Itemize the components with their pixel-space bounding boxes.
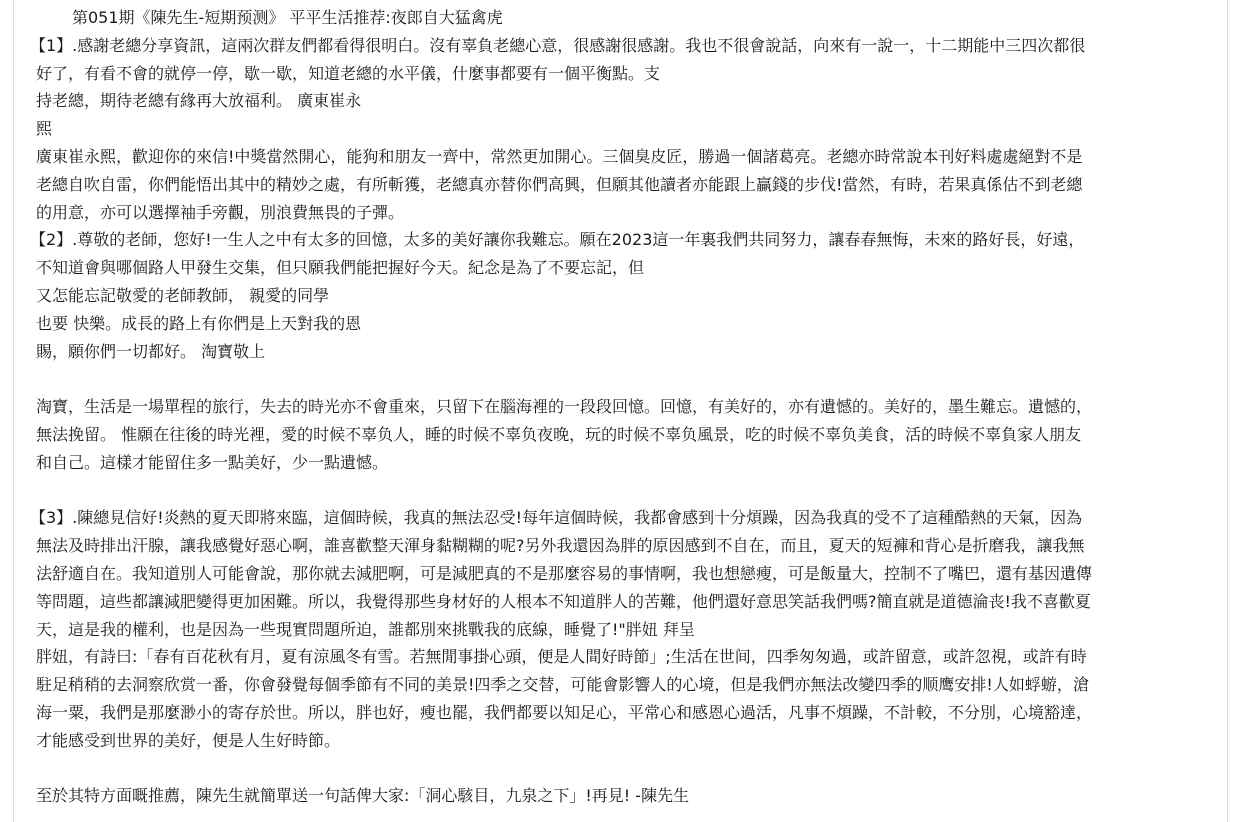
closing-line: 至於其特方面嘅推薦，陳先生就簡單送一句話俾大家:「洞心駭目，九泉之下」!再見! … [36, 782, 1216, 810]
document-title: 第051期《陳先生-短期预测》 平平生活推荐:夜郎自大猛禽虎 [36, 4, 1216, 32]
letter-2: 【2】.尊敬的老師，您好!一生人之中有太多的回憶，太多的美好讓你我難忘。願在20… [36, 226, 1216, 365]
letter-2-line: 又怎能忘記敬愛的老師教師， 親愛的同學 [36, 282, 1216, 310]
document-page: 第051期《陳先生-短期预测》 平平生活推荐:夜郎自大猛禽虎 【1】.感謝老總分… [13, 0, 1228, 822]
letter-1: 【1】.感謝老總分享資訊，這兩次群友們都看得很明白。沒有辜負老總心意，很感謝很感… [36, 32, 1216, 143]
reply-1: 廣東崔永熙，歡迎你的來信!中獎當然開心，能狗和朋友一齊中，常然更加開心。三個臭皮… [36, 143, 1216, 226]
reply-3: 胖妞，有詩曰:「春有百花秋有月，夏有涼風冬有雪。若無閒事掛心頭，便是人間好時節」… [36, 643, 1216, 754]
letter-3-line: 【3】.陳總見信好!炎熱的夏天即將來臨，這個時候，我真的無法忍受!每年這個時候，… [30, 504, 1216, 532]
closing: 至於其特方面嘅推薦，陳先生就簡單送一句話俾大家:「洞心駭目，九泉之下」!再見! … [36, 782, 1216, 810]
letter-1-line: 熙 [36, 115, 1216, 143]
letter-1-line: 好了，有看不會的就停一停，歇一歇，知道老總的水平儀，什麼事都要有一個平衡點。支 [36, 60, 1216, 88]
reply-3-line: 海一粟，我們是那麼渺小的寄存於世。所以，胖也好，瘦也罷，我們都要以知足心，平常心… [36, 699, 1216, 727]
reply-2-line: 淘寶，生活是一場單程的旅行，失去的時光亦不會重來，只留下在腦海裡的一段段回憶。回… [36, 393, 1216, 421]
letter-1-line: 持老總，期待老總有緣再大放福利。 廣東崔永 [36, 87, 1216, 115]
letter-2-line: 賜，願你們一切都好。 淘寶敬上 [36, 338, 1216, 366]
paragraph-spacer [36, 365, 1216, 393]
reply-2-line: 和自己。這樣才能留住多一點美好，少一點遺憾。 [36, 449, 1216, 477]
letter-3-line: 天，這是我的權利，也是因為一些現實問題所迫，誰都別來挑戰我的底線，睡覺了!"胖妞… [36, 616, 1216, 644]
document-content: 第051期《陳先生-短期预测》 平平生活推荐:夜郎自大猛禽虎 【1】.感謝老總分… [36, 4, 1216, 810]
reply-2-line: 無法挽留。 惟願在往後的時光裡，愛的时候不辜负人，睡的时候不辜负夜晚，玩的时候不… [36, 421, 1216, 449]
letter-2-line: 也要 快樂。成長的路上有你們是上天對我的恩 [36, 310, 1216, 338]
letter-2-line: 【2】.尊敬的老師，您好!一生人之中有太多的回憶，太多的美好讓你我難忘。願在20… [30, 226, 1216, 254]
reply-3-line: 胖妞，有詩曰:「春有百花秋有月，夏有涼風冬有雪。若無閒事掛心頭，便是人間好時節」… [36, 643, 1216, 671]
paragraph-spacer [36, 477, 1216, 505]
letter-3-line: 無法及時排出汗腺，讓我感覺好惡心啊，誰喜歡整天渾身黏糊糊的呢?另外我還因為胖的原… [36, 532, 1216, 560]
reply-1-line: 廣東崔永熙，歡迎你的來信!中獎當然開心，能狗和朋友一齊中，常然更加開心。三個臭皮… [36, 143, 1216, 171]
paragraph-spacer [36, 755, 1216, 783]
letter-3: 【3】.陳總見信好!炎熱的夏天即將來臨，這個時候，我真的無法忍受!每年這個時候，… [36, 504, 1216, 643]
reply-1-line: 老總自吹自雷，你們能悟出其中的精妙之處，有所斬獲，老總真亦替你們高興，但願其他讀… [36, 171, 1216, 199]
reply-3-line: 駐足稍稍的去洞察欣赏一番，你會發覺每個季節有不同的美景!四季之交替，可能會影響人… [36, 671, 1216, 699]
reply-3-line: 才能感受到世界的美好，便是人生好時節。 [36, 727, 1216, 755]
letter-3-line: 法舒適自在。我知道別人可能會說，那你就去減肥啊，可是減肥真的不是那麼容易的事情啊… [36, 560, 1216, 588]
letter-2-line: 不知道會與哪個路人甲發生交集，但只願我們能把握好今天。紀念是為了不要忘記，但 [36, 254, 1216, 282]
letter-1-line: 【1】.感謝老總分享資訊，這兩次群友們都看得很明白。沒有辜負老總心意，很感謝很感… [30, 32, 1216, 60]
reply-1-line: 的用意，亦可以選擇袖手旁觀，別浪費無畏的子彈。 [36, 199, 1216, 227]
reply-2: 淘寶，生活是一場單程的旅行，失去的時光亦不會重來，只留下在腦海裡的一段段回憶。回… [36, 393, 1216, 476]
letter-3-line: 等問題，這些都讓減肥變得更加困難。所以，我覺得那些身材好的人根本不知道胖人的苦難… [36, 588, 1216, 616]
